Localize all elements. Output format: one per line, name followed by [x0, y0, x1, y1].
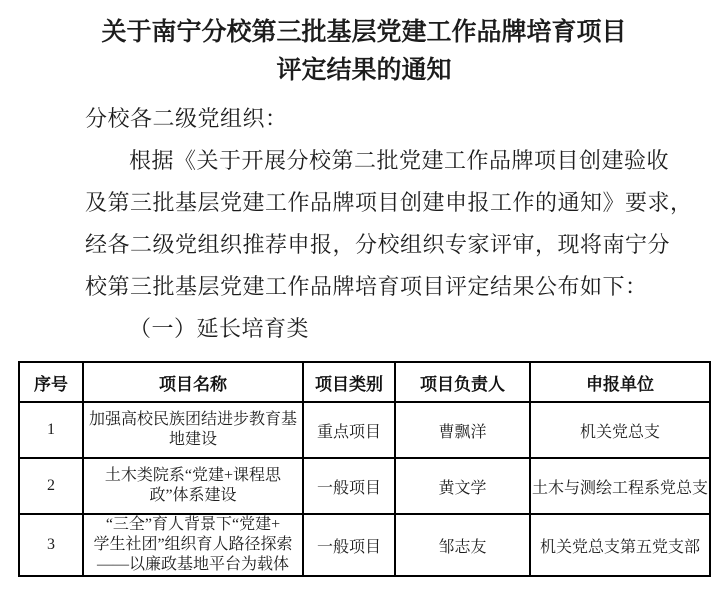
cell-project-name: “三全”育人背景下“党建+ 学生社团”组织育人路径探索 ——以廉政基地平台为载体: [83, 514, 303, 576]
cell-project-name: 土木类院系“党建+课程思 政”体系建设: [83, 458, 303, 514]
document-title-line1: 关于南宁分校第三批基层党建工作品牌培育项目: [0, 13, 728, 51]
cell-project-name: 加强高校民族团结进步教育基 地建设: [83, 402, 303, 458]
paragraph-line-2: 及第三批基层党建工作品牌项目创建申报工作的通知》要求，: [85, 182, 686, 224]
cell-project-leader: 黄文学: [395, 458, 530, 514]
section-heading: （一）延长培育类: [85, 308, 686, 350]
cell-project-category: 重点项目: [303, 402, 395, 458]
column-header-project-category: 项目类别: [303, 362, 395, 402]
cell-project-category: 一般项目: [303, 514, 395, 576]
salutation-line: 分校各二级党组织：: [85, 98, 686, 140]
paragraph-line-1: 根据《关于开展分校第二批党建工作品牌项目创建验收: [85, 140, 686, 182]
cell-applicant-unit: 机关党总支: [530, 402, 710, 458]
document-body: 分校各二级党组织： 根据《关于开展分校第二批党建工作品牌项目创建验收 及第三批基…: [85, 98, 686, 350]
column-header-project-leader: 项目负责人: [395, 362, 530, 402]
cell-applicant-unit: 机关党总支第五党支部: [530, 514, 710, 576]
cell-serial: 3: [19, 514, 83, 576]
table-row: 3 “三全”育人背景下“党建+ 学生社团”组织育人路径探索 ——以廉政基地平台为…: [19, 514, 710, 576]
table-row: 1 加强高校民族团结进步教育基 地建设 重点项目 曹飘洋 机关党总支: [19, 402, 710, 458]
cell-serial: 1: [19, 402, 83, 458]
paragraph-line-3: 经各二级党组织推荐申报，分校组织专家评审，现将南宁分: [85, 224, 686, 266]
evaluation-results-table: 序号 项目名称 项目类别 项目负责人 申报单位 1 加强高校民族团结进步教育基 …: [18, 361, 711, 577]
column-header-serial: 序号: [19, 362, 83, 402]
table-header-row: 序号 项目名称 项目类别 项目负责人 申报单位: [19, 362, 710, 402]
cell-project-leader: 曹飘洋: [395, 402, 530, 458]
paragraph-line-4: 校第三批基层党建工作品牌培育项目评定结果公布如下：: [85, 266, 686, 308]
document-title: 关于南宁分校第三批基层党建工作品牌培育项目 评定结果的通知: [0, 0, 728, 89]
cell-serial: 2: [19, 458, 83, 514]
cell-applicant-unit: 土木与测绘工程系党总支: [530, 458, 710, 514]
cell-project-leader: 邹志友: [395, 514, 530, 576]
column-header-applicant-unit: 申报单位: [530, 362, 710, 402]
notice-document-page: 关于南宁分校第三批基层党建工作品牌培育项目 评定结果的通知 分校各二级党组织： …: [0, 0, 728, 592]
table-row: 2 土木类院系“党建+课程思 政”体系建设 一般项目 黄文学 土木与测绘工程系党…: [19, 458, 710, 514]
document-title-line2: 评定结果的通知: [0, 51, 728, 89]
column-header-project-name: 项目名称: [83, 362, 303, 402]
cell-project-category: 一般项目: [303, 458, 395, 514]
